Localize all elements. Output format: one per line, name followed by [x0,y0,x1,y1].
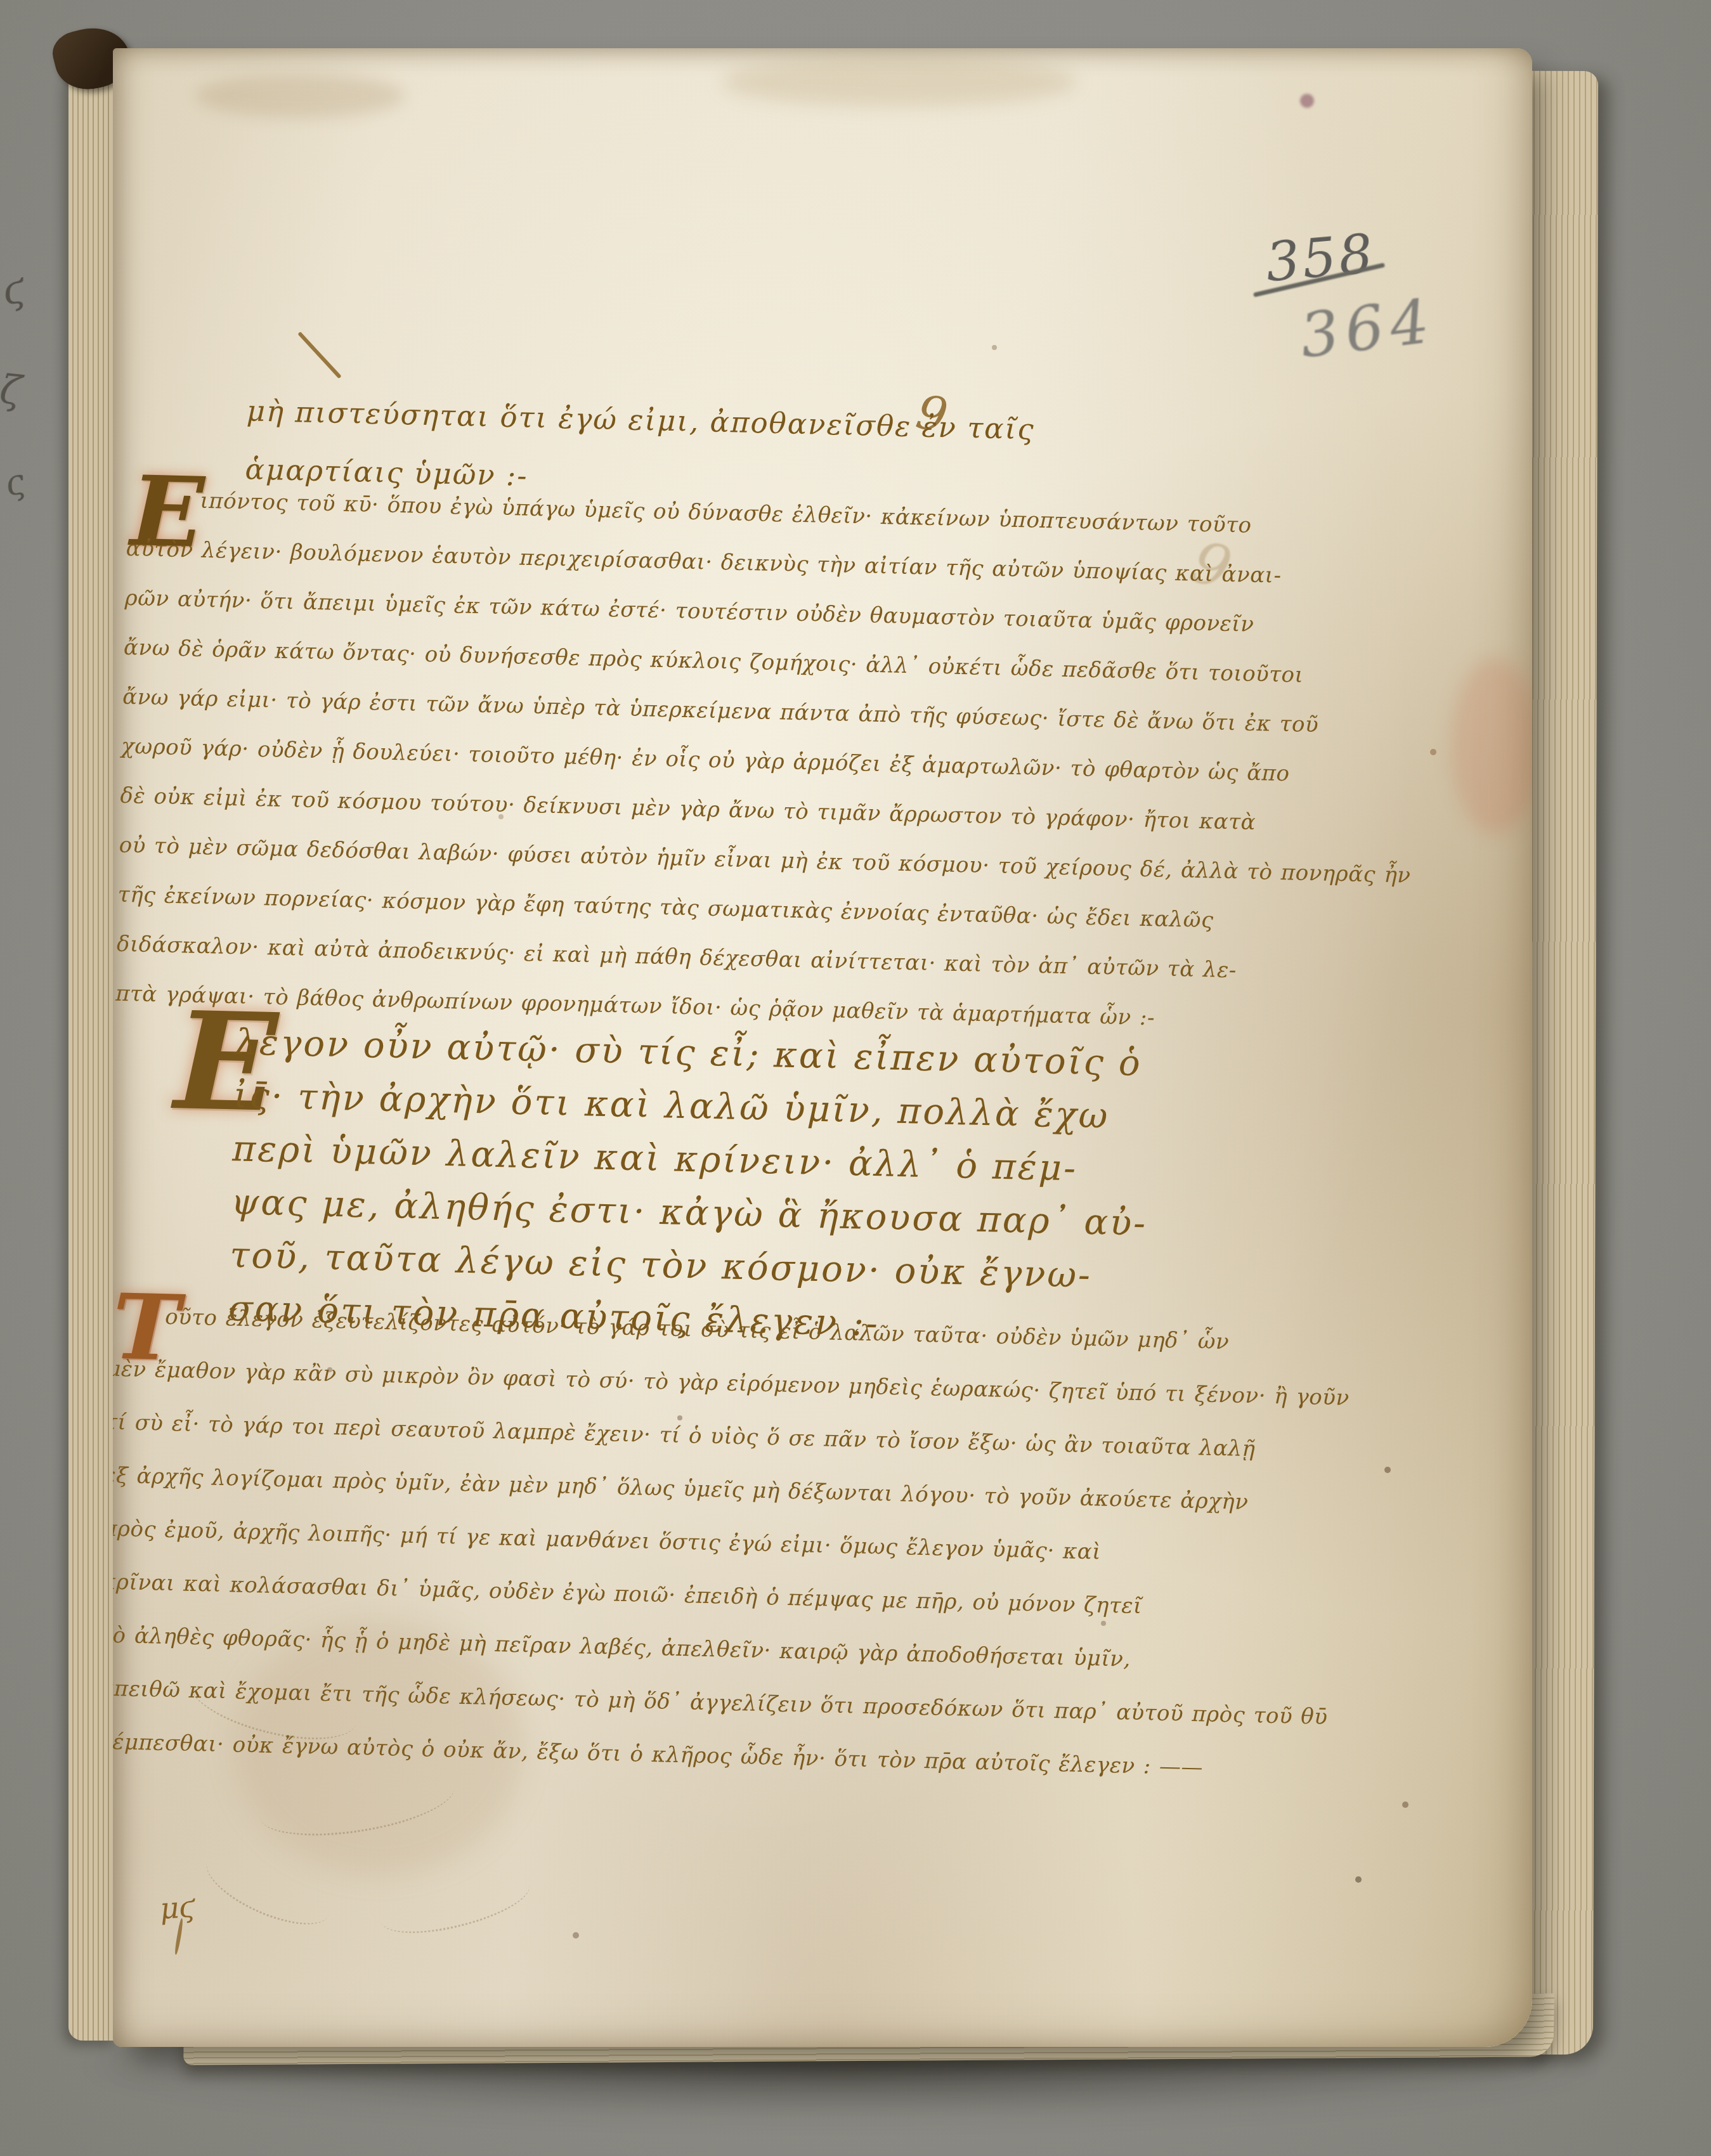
parchment-stain [195,74,405,118]
quire-signature: μϛ [159,1889,196,1926]
facing-page-ghost-mark: ϛ [0,265,29,315]
commentary-paragraph-2: οῦτο ἔλεγον ἐξευτελίζοντες αὐτόν· τὸ γάρ… [113,1289,1351,1798]
text-block: 9 9 μὴ πιστεύσηται ὅτι ἐγώ εἰμι, ἀποθανε… [130,379,1208,405]
facing-page-ghost-mark: ζ [0,365,23,413]
foxing-specks [113,48,115,51]
commentary-paragraph-1: ιπόντος τοῦ κῡ· ὅπου ἐγὼ ὑπάγω ὑμεῖς οὐ … [115,474,1419,1049]
page-stack-gutter-edge [68,75,117,2041]
pencil-folio-number-struck: 358 [1263,223,1377,294]
pen-trial-stroke [297,332,341,379]
parchment-page: 358 364 9 9 μὴ πιστεύσηται ὅτι ἐγώ εἰμι,… [113,48,1532,2047]
parchment-stain [722,57,1077,107]
worm-track [376,1863,535,1945]
pencil-folio-number: 364 [1296,285,1439,372]
ink-spot [1300,94,1314,108]
facing-page-ghost-mark: ς [1,461,29,504]
parchment-stain [1451,657,1532,834]
manuscript-photo-scene: ϛ ζ ς 358 364 9 9 μὴ πιστεύσηται ὅτι ἐγώ… [0,0,1711,2156]
